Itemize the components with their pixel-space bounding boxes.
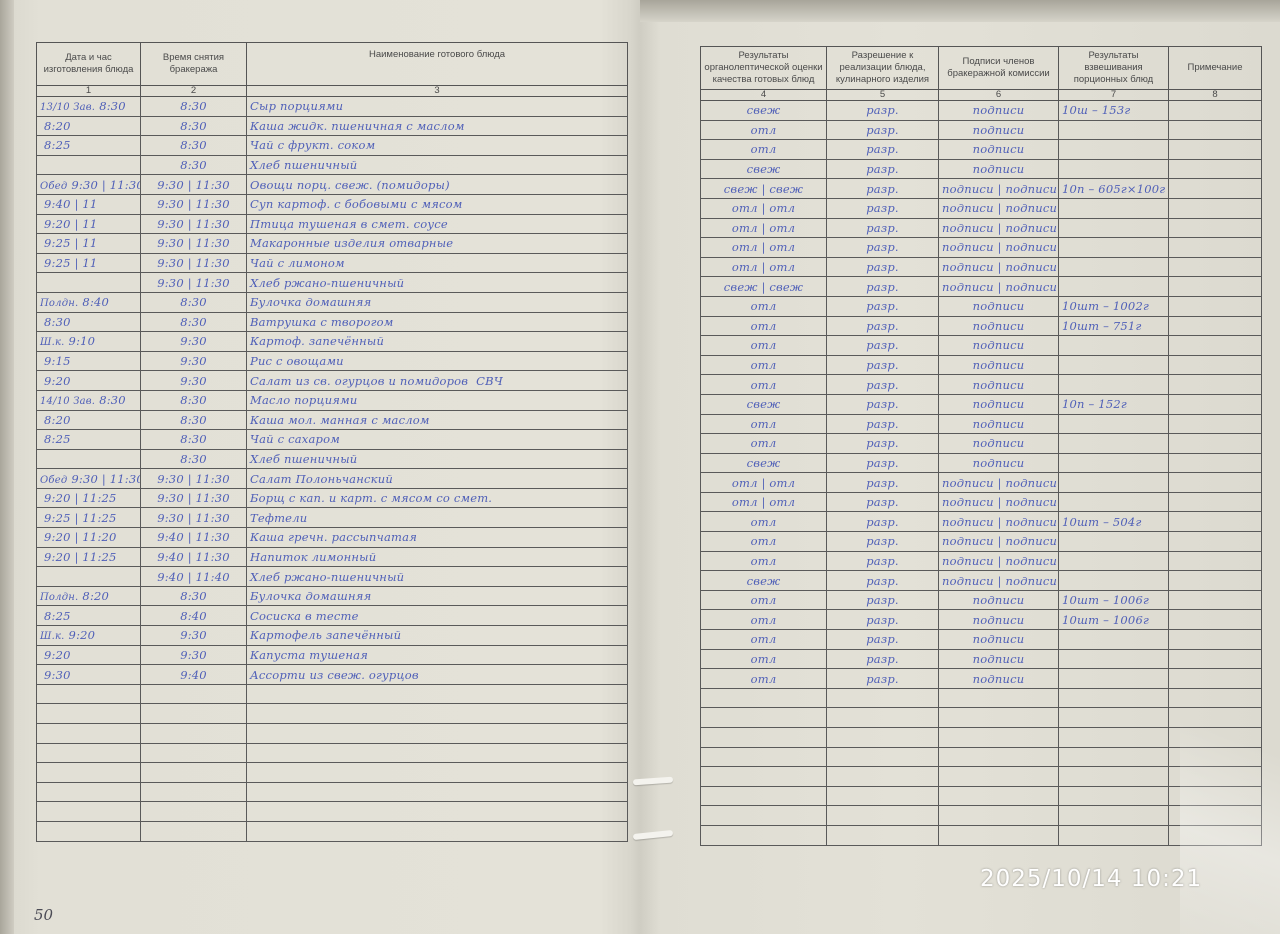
- note-cell: [1169, 101, 1262, 121]
- meal-label: 13/10 Зав.: [40, 102, 95, 113]
- empty-cell: [141, 763, 247, 783]
- quality-value: отл: [751, 515, 777, 529]
- date-time-cell: 8:20: [37, 410, 141, 430]
- date-time-cell: Полдн.8:20: [37, 586, 141, 606]
- check-time-cell: 9:30 | 11:30: [141, 488, 247, 508]
- dish-name: Макаронные изделия отварные: [250, 236, 453, 250]
- note-cell: [1169, 453, 1262, 473]
- check-time: 8:30: [180, 452, 207, 466]
- dish-name: Хлеб ржано-пшеничный: [250, 276, 404, 290]
- table-row: 9:159:30Рис с овощами: [37, 351, 628, 371]
- signatures-value: подписи: [973, 436, 1025, 450]
- check-time: 9:30: [180, 374, 207, 388]
- dish-cell: Хлеб пшеничный: [247, 449, 628, 469]
- quality-cell: свеж: [701, 453, 827, 473]
- table-row: отлразр.подписи: [701, 140, 1262, 160]
- empty-cell: [827, 708, 939, 728]
- date-time-cell: 9:20: [37, 371, 141, 391]
- quality-value: отл: [751, 142, 777, 156]
- quality-value: свеж: [747, 103, 781, 117]
- quality-cell: отл | отл: [701, 238, 827, 258]
- col-number: 6: [939, 90, 1059, 101]
- weight-cell: [1059, 159, 1169, 179]
- check-time-cell: 8:30: [141, 136, 247, 156]
- quality-value: отл | отл: [732, 201, 795, 215]
- quality-cell: отл: [701, 512, 827, 532]
- permit-cell: разр.: [827, 590, 939, 610]
- table-row: 9:20 | 11:259:30 | 11:30Борщ с кап. и ка…: [37, 488, 628, 508]
- note-cell: [1169, 179, 1262, 199]
- permit-cell: разр.: [827, 649, 939, 669]
- table-row: свежразр.подписи10ш – 153г: [701, 101, 1262, 121]
- dish-name: Суп картоф. с бобовыми с мясом: [250, 197, 463, 211]
- quality-cell: отл | отл: [701, 198, 827, 218]
- check-time: 8:30: [180, 315, 207, 329]
- signatures-cell: подписи: [939, 159, 1059, 179]
- table-row: отлразр.подписи: [701, 336, 1262, 356]
- signatures-value: подписи: [973, 613, 1025, 627]
- date-time-cell: 9:25 | 11: [37, 234, 141, 254]
- dish-cell: Салат из св. огурцов и помидоровСВЧ: [247, 371, 628, 391]
- blank-row: [37, 782, 628, 802]
- empty-cell: [37, 821, 141, 841]
- check-time: 8:30: [180, 295, 207, 309]
- quality-cell: свеж: [701, 394, 827, 414]
- dish-name: Птица тушеная в смет. соусе: [250, 217, 448, 231]
- production-time: 9:20: [44, 648, 71, 662]
- permit-value: разр.: [866, 338, 899, 352]
- dish-cell: Булочка домашняя: [247, 292, 628, 312]
- table-row: 9:40 | 119:30 | 11:30Суп картоф. с бобов…: [37, 194, 628, 214]
- note-cell: [1169, 277, 1262, 297]
- table-row: отлразр.подписи10шт – 1002г: [701, 296, 1262, 316]
- permit-cell: разр.: [827, 551, 939, 571]
- table-row: 9:25 | 11:259:30 | 11:30Тефтели: [37, 508, 628, 528]
- signatures-value: подписи: [973, 142, 1025, 156]
- dish-name: Напиток лимонный: [250, 550, 376, 564]
- dish-cell: Каша гречн. рассыпчатая: [247, 528, 628, 548]
- table-row: 9:309:40Ассорти из свеж. огурцов: [37, 665, 628, 685]
- col-number: 5: [827, 90, 939, 101]
- quality-cell: отл: [701, 610, 827, 630]
- check-time-cell: 9:30 | 11:30: [141, 234, 247, 254]
- dish-cell: Чай с фрукт. соком: [247, 136, 628, 156]
- permit-value: разр.: [866, 123, 899, 137]
- empty-cell: [247, 724, 628, 744]
- table-row: 13/10 Зав.8:308:30Сыр порциями: [37, 97, 628, 117]
- log-table-left: Дата и час изготовления блюда Время снят…: [36, 42, 628, 842]
- header-check-time: Время снятия бракеража: [141, 43, 247, 86]
- quality-value: отл: [751, 632, 777, 646]
- weight-cell: [1059, 630, 1169, 650]
- table-row: отлразр.подписи | подписи: [701, 532, 1262, 552]
- signatures-value: подписи: [973, 632, 1025, 646]
- weight-value: 10ш – 153г: [1062, 103, 1130, 117]
- production-time: 9:30 | 11:30: [71, 472, 140, 486]
- signatures-value: подписи | подписи: [942, 574, 1057, 588]
- weight-cell: 10п – 152г: [1059, 394, 1169, 414]
- empty-cell: [247, 684, 628, 704]
- quality-value: свеж: [747, 162, 781, 176]
- dish-cell: Масло порциями: [247, 390, 628, 410]
- production-time: 9:25 | 11: [44, 256, 97, 270]
- quality-value: отл: [751, 534, 777, 548]
- table-row: 8:258:30Чай с фрукт. соком: [37, 136, 628, 156]
- production-time: 8:30: [44, 315, 71, 329]
- note-cell: [1169, 473, 1262, 493]
- weight-cell: [1059, 277, 1169, 297]
- meal-label: Обед: [40, 181, 67, 192]
- empty-cell: [827, 767, 939, 787]
- signatures-cell: подписи | подписи: [939, 571, 1059, 591]
- dish-name: Булочка домашняя: [250, 295, 371, 309]
- signatures-value: подписи: [973, 103, 1025, 117]
- empty-cell: [247, 704, 628, 724]
- permit-cell: разр.: [827, 630, 939, 650]
- quality-value: отл: [751, 652, 777, 666]
- check-time-cell: 9:40 | 11:40: [141, 567, 247, 587]
- note-cell: [1169, 532, 1262, 552]
- quality-value: отл: [751, 672, 777, 686]
- check-time-cell: 8:30: [141, 390, 247, 410]
- check-time: 8:30: [180, 432, 207, 446]
- empty-cell: [141, 743, 247, 763]
- check-time-cell: 9:40 | 11:30: [141, 547, 247, 567]
- weight-cell: [1059, 414, 1169, 434]
- check-time-cell: 8:30: [141, 430, 247, 450]
- quality-cell: отл: [701, 296, 827, 316]
- weight-cell: [1059, 649, 1169, 669]
- blank-row: [701, 688, 1262, 708]
- dish-name: Салат из св. огурцов и помидоров: [250, 374, 468, 388]
- permit-cell: разр.: [827, 296, 939, 316]
- table-row: Обед9:30 | 11:309:30 | 11:30Салат Полонь…: [37, 469, 628, 489]
- date-time-cell: Полдн.8:40: [37, 292, 141, 312]
- table-row: 8:30Хлеб пшеничный: [37, 155, 628, 175]
- signatures-cell: подписи: [939, 453, 1059, 473]
- date-time-cell: 9:25 | 11:25: [37, 508, 141, 528]
- table-row: 8:30Хлеб пшеничный: [37, 449, 628, 469]
- empty-cell: [701, 786, 827, 806]
- signatures-value: подписи: [973, 652, 1025, 666]
- table-row: отлразр.подписи: [701, 630, 1262, 650]
- permit-value: разр.: [866, 456, 899, 470]
- header-quality: Результаты органолептической оценки каче…: [701, 47, 827, 90]
- left-page: Дата и час изготовления блюда Время снят…: [36, 42, 628, 842]
- permit-cell: разр.: [827, 336, 939, 356]
- photo-timestamp: 2025/10/14 10:21: [980, 866, 1202, 892]
- signatures-value: подписи: [973, 338, 1025, 352]
- permit-cell: разр.: [827, 610, 939, 630]
- blank-row: [37, 821, 628, 841]
- empty-cell: [247, 743, 628, 763]
- signatures-cell: подписи: [939, 336, 1059, 356]
- check-time-cell: 8:30: [141, 292, 247, 312]
- production-time: 8:30: [99, 99, 126, 113]
- signatures-value: подписи | подписи: [942, 554, 1057, 568]
- date-time-cell: [37, 273, 141, 293]
- permit-cell: разр.: [827, 473, 939, 493]
- check-time: 9:30 | 11:30: [157, 276, 230, 290]
- empty-cell: [939, 767, 1059, 787]
- empty-cell: [701, 728, 827, 748]
- note-cell: [1169, 218, 1262, 238]
- empty-cell: [247, 782, 628, 802]
- meal-label: Ш.к.: [40, 631, 65, 642]
- table-row: свежразр.подписи: [701, 159, 1262, 179]
- empty-cell: [1059, 747, 1169, 767]
- table-row: свежразр.подписи10п – 152г: [701, 394, 1262, 414]
- table-row: 14/10 Зав.8:308:30Масло порциями: [37, 390, 628, 410]
- check-time-cell: 9:30 | 11:30: [141, 253, 247, 273]
- note-cell: [1169, 434, 1262, 454]
- note-cell: [1169, 394, 1262, 414]
- weight-cell: [1059, 375, 1169, 395]
- table-row: отлразр.подписи: [701, 355, 1262, 375]
- signatures-cell: подписи: [939, 140, 1059, 160]
- dish-name: Каша жидк. пшеничная с маслом: [250, 119, 465, 133]
- meal-label: 14/10 Зав.: [40, 396, 95, 407]
- dish-cell: Птица тушеная в смет. соусе: [247, 214, 628, 234]
- signatures-cell: подписи | подписи: [939, 512, 1059, 532]
- signatures-value: подписи: [973, 456, 1025, 470]
- table-row: отл | отлразр.подписи | подписи: [701, 238, 1262, 258]
- empty-cell: [1059, 825, 1169, 845]
- empty-cell: [141, 782, 247, 802]
- note-cell: [1169, 316, 1262, 336]
- signatures-cell: подписи: [939, 669, 1059, 689]
- production-time: 9:30: [44, 668, 71, 682]
- quality-value: отл | отл: [732, 476, 795, 490]
- quality-cell: отл: [701, 434, 827, 454]
- check-time-cell: 9:40 | 11:30: [141, 528, 247, 548]
- quality-cell: отл: [701, 375, 827, 395]
- check-time-cell: 9:30: [141, 626, 247, 646]
- note-cell: [1169, 120, 1262, 140]
- dish-cell: Ватрушка с творогом: [247, 312, 628, 332]
- check-time: 9:30 | 11:30: [157, 217, 230, 231]
- permit-value: разр.: [866, 358, 899, 372]
- empty-cell: [1059, 728, 1169, 748]
- note-cell: [1169, 590, 1262, 610]
- production-time: 8:25: [44, 609, 71, 623]
- header-signatures: Подписи членов бракеражной комиссии: [939, 47, 1059, 90]
- check-time: 9:30 | 11:30: [157, 472, 230, 486]
- empty-cell: [827, 747, 939, 767]
- permit-value: разр.: [866, 142, 899, 156]
- weight-cell: 10шт – 751г: [1059, 316, 1169, 336]
- signatures-cell: подписи: [939, 630, 1059, 650]
- check-time: 9:40: [180, 668, 207, 682]
- empty-cell: [37, 724, 141, 744]
- empty-cell: [1059, 688, 1169, 708]
- dish-cell: Тефтели: [247, 508, 628, 528]
- table-row: 9:30 | 11:30Хлеб ржано-пшеничный: [37, 273, 628, 293]
- dish-annotation: СВЧ: [476, 374, 503, 388]
- permit-value: разр.: [866, 221, 899, 235]
- permit-value: разр.: [866, 436, 899, 450]
- dish-cell: Рис с овощами: [247, 351, 628, 371]
- note-cell: [1169, 492, 1262, 512]
- right-page: Результаты органолептической оценки каче…: [700, 46, 1262, 846]
- signatures-cell: подписи | подписи: [939, 532, 1059, 552]
- dish-name: Хлеб пшеничный: [250, 452, 357, 466]
- permit-cell: разр.: [827, 453, 939, 473]
- dish-name: Хлеб ржано-пшеничный: [250, 570, 404, 584]
- date-time-cell: 8:30: [37, 312, 141, 332]
- permit-cell: разр.: [827, 669, 939, 689]
- log-table-right: Результаты органолептической оценки каче…: [700, 46, 1262, 846]
- date-time-cell: [37, 449, 141, 469]
- empty-cell: [37, 684, 141, 704]
- production-time: 9:30 | 11:30: [71, 178, 140, 192]
- empty-cell: [37, 763, 141, 783]
- check-time: 9:40 | 11:30: [157, 530, 230, 544]
- weight-cell: 10шт – 1006г: [1059, 590, 1169, 610]
- dish-name: Ватрушка с творогом: [250, 315, 394, 329]
- table-row: отл | отлразр.подписи | подписи: [701, 473, 1262, 493]
- signatures-value: подписи | подписи: [942, 260, 1057, 274]
- check-time-cell: 9:40: [141, 665, 247, 685]
- quality-value: свеж: [747, 397, 781, 411]
- signatures-cell: подписи | подписи: [939, 257, 1059, 277]
- table-row: Ш.к.9:209:30Картофель запечённый: [37, 626, 628, 646]
- signatures-value: подписи: [973, 319, 1025, 333]
- quality-cell: отл: [701, 414, 827, 434]
- table-row: 9:20 | 11:209:40 | 11:30Каша гречн. расс…: [37, 528, 628, 548]
- col-number: 7: [1059, 90, 1169, 101]
- quality-cell: отл | отл: [701, 257, 827, 277]
- dish-name: Сосиска в тесте: [250, 609, 359, 623]
- dish-cell: Сосиска в тесте: [247, 606, 628, 626]
- permit-cell: разр.: [827, 414, 939, 434]
- col-number: 3: [247, 86, 628, 97]
- check-time: 8:30: [180, 119, 207, 133]
- weight-cell: [1059, 120, 1169, 140]
- permit-cell: разр.: [827, 375, 939, 395]
- signatures-value: подписи: [973, 417, 1025, 431]
- permit-cell: разр.: [827, 101, 939, 121]
- dish-cell: Чай с лимоном: [247, 253, 628, 273]
- note-cell: [1169, 669, 1262, 689]
- dish-name: Салат Полоньчанский: [250, 472, 393, 486]
- dish-name: Чай с фрукт. соком: [250, 138, 375, 152]
- production-time: 9:15: [44, 354, 71, 368]
- note-cell: [1169, 238, 1262, 258]
- empty-cell: [939, 825, 1059, 845]
- empty-cell: [827, 728, 939, 748]
- dish-cell: Картофель запечённый: [247, 626, 628, 646]
- check-time-cell: 9:30: [141, 351, 247, 371]
- note-cell: [1169, 296, 1262, 316]
- dish-name: Чай с сахаром: [250, 432, 340, 446]
- quality-value: отл | отл: [732, 240, 795, 254]
- dish-cell: Овощи порц. свеж. (помидоры): [247, 175, 628, 195]
- permit-value: разр.: [866, 652, 899, 666]
- dish-name: Сыр порциями: [250, 99, 343, 113]
- empty-cell: [701, 747, 827, 767]
- permit-value: разр.: [866, 672, 899, 686]
- blank-row: [701, 825, 1262, 845]
- empty-cell: [37, 782, 141, 802]
- permit-value: разр.: [866, 103, 899, 117]
- quality-value: отл: [751, 299, 777, 313]
- check-time: 8:30: [180, 138, 207, 152]
- empty-cell: [141, 802, 247, 822]
- check-time-cell: 9:30 | 11:30: [141, 508, 247, 528]
- check-time: 8:30: [180, 393, 207, 407]
- empty-cell: [1059, 786, 1169, 806]
- dish-cell: Сыр порциями: [247, 97, 628, 117]
- signatures-cell: подписи: [939, 394, 1059, 414]
- permit-value: разр.: [866, 613, 899, 627]
- check-time-cell: 8:30: [141, 155, 247, 175]
- quality-cell: отл: [701, 630, 827, 650]
- table-row: Ш.к.9:109:30Картоф. запечённый: [37, 332, 628, 352]
- signatures-cell: подписи | подписи: [939, 218, 1059, 238]
- check-time-cell: 8:30: [141, 410, 247, 430]
- permit-value: разр.: [866, 201, 899, 215]
- signatures-cell: подписи | подписи: [939, 277, 1059, 297]
- note-cell: [1169, 336, 1262, 356]
- production-time: 8:25: [44, 432, 71, 446]
- quality-cell: свеж: [701, 571, 827, 591]
- check-time: 9:30: [180, 648, 207, 662]
- dish-name: Каша мол. манная с маслом: [250, 413, 430, 427]
- production-time: 9:25 | 11: [44, 236, 97, 250]
- dish-name: Булочка домашняя: [250, 589, 371, 603]
- dish-name: Каша гречн. рассыпчатая: [250, 530, 417, 544]
- weight-cell: 10шт – 1002г: [1059, 296, 1169, 316]
- check-time: 9:30: [180, 334, 207, 348]
- dish-cell: Булочка домашняя: [247, 586, 628, 606]
- table-row: отл | отлразр.подписи | подписи: [701, 257, 1262, 277]
- dish-cell: Каша жидк. пшеничная с маслом: [247, 116, 628, 136]
- note-cell: [1169, 257, 1262, 277]
- table-row: отлразр.подписи10шт – 1006г: [701, 590, 1262, 610]
- note-cell: [1169, 140, 1262, 160]
- table-row: отлразр.подписи: [701, 649, 1262, 669]
- dish-name: Капуста тушеная: [250, 648, 368, 662]
- table-row: 8:308:30Ватрушка с творогом: [37, 312, 628, 332]
- dish-cell: Ассорти из свеж. огурцов: [247, 665, 628, 685]
- quality-cell: отл: [701, 316, 827, 336]
- table-row: 9:20 | 119:30 | 11:30Птица тушеная в сме…: [37, 214, 628, 234]
- check-time-cell: 9:30 | 11:30: [141, 273, 247, 293]
- permit-cell: разр.: [827, 159, 939, 179]
- production-time: 8:20: [82, 589, 109, 603]
- weight-value: 10шт – 1006г: [1062, 613, 1149, 627]
- signatures-value: подписи | подписи: [942, 280, 1057, 294]
- production-time: 9:20 | 11:20: [44, 530, 117, 544]
- production-time: 8:30: [99, 393, 126, 407]
- meal-label: Полдн.: [40, 298, 78, 309]
- date-time-cell: 8:25: [37, 136, 141, 156]
- permit-cell: разр.: [827, 277, 939, 297]
- signatures-cell: подписи | подписи: [939, 179, 1059, 199]
- signatures-value: подписи | подписи: [942, 240, 1057, 254]
- blank-row: [37, 802, 628, 822]
- blank-row: [701, 728, 1262, 748]
- check-time: 9:30 | 11:30: [157, 197, 230, 211]
- quality-value: свеж | свеж: [724, 280, 803, 294]
- page-number: 50: [34, 906, 53, 924]
- blank-row: [37, 704, 628, 724]
- signatures-value: подписи: [973, 378, 1025, 392]
- quality-cell: отл: [701, 120, 827, 140]
- dish-name: Хлеб пшеничный: [250, 158, 357, 172]
- empty-cell: [701, 806, 827, 826]
